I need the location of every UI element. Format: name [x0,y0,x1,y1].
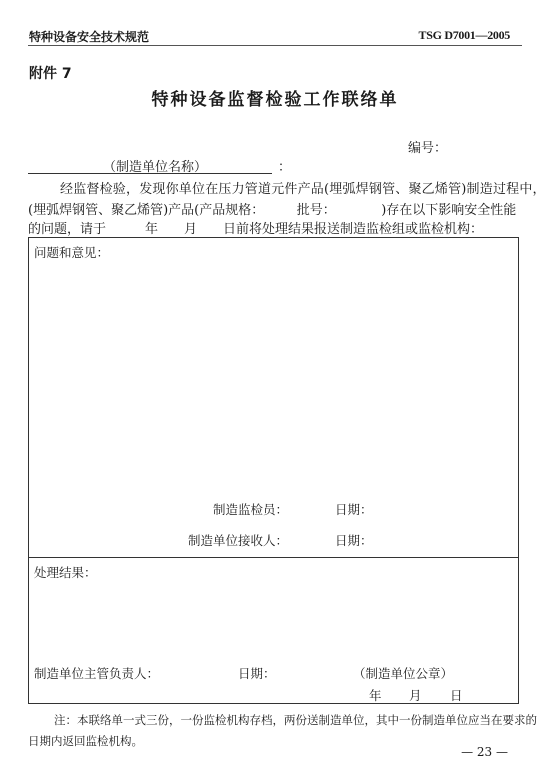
attachment-label: 附件 7 [29,63,72,83]
issues-label: 问题和意见： [34,243,109,261]
manager-date-label: 日期： [238,664,276,682]
seal-day: 日 [450,686,463,704]
paragraph-line-2: (埋弧焊钢管、聚乙烯管)产品(产品规格： 批号： )存在以下影响安全性能 [28,199,516,218]
serial-number-label: 编号： [408,137,447,156]
running-header-title: 特种设备安全技术规范 [29,28,149,45]
manager-label: 制造单位主管负责人： [34,664,159,682]
result-label: 处理结果： [34,563,97,581]
page-number: — 23 — [461,745,508,759]
seal-year: 年 [369,686,382,704]
receiver-date-label: 日期： [335,531,373,549]
paragraph-line-1: 经监督检验，发现你单位在压力管道元件产品(埋弧焊钢管、聚乙烯管)制造过程中， [60,178,546,197]
seal-month: 月 [409,686,422,704]
page-title: 特种设备监督检验工作联络单 [0,85,550,110]
receiver-label: 制造单位接收人： [188,531,288,549]
paragraph-line-3: 的问题，请于 年 月 日前将处理结果报送制造监检组或监检机构： [28,218,483,237]
inspector-label: 制造监检员： [213,500,288,518]
note-line-2: 日期内返回监检机构。 [28,733,143,749]
note-line-1: 注：本联络单一式三份，一份监检机构存档，两份送制造单位，其中一份制造单位应当在要… [54,712,537,728]
inspector-date-label: 日期： [335,500,373,518]
standard-code: TSG D7001—2005 [419,28,510,43]
addressee-placeholder: （制造单位名称） [103,156,207,175]
addressee-colon: ： [278,156,291,175]
seal-label: （制造单位公章） [353,664,453,682]
header-rule [28,45,522,46]
form-box [28,237,519,704]
form-section-divider [28,557,519,558]
